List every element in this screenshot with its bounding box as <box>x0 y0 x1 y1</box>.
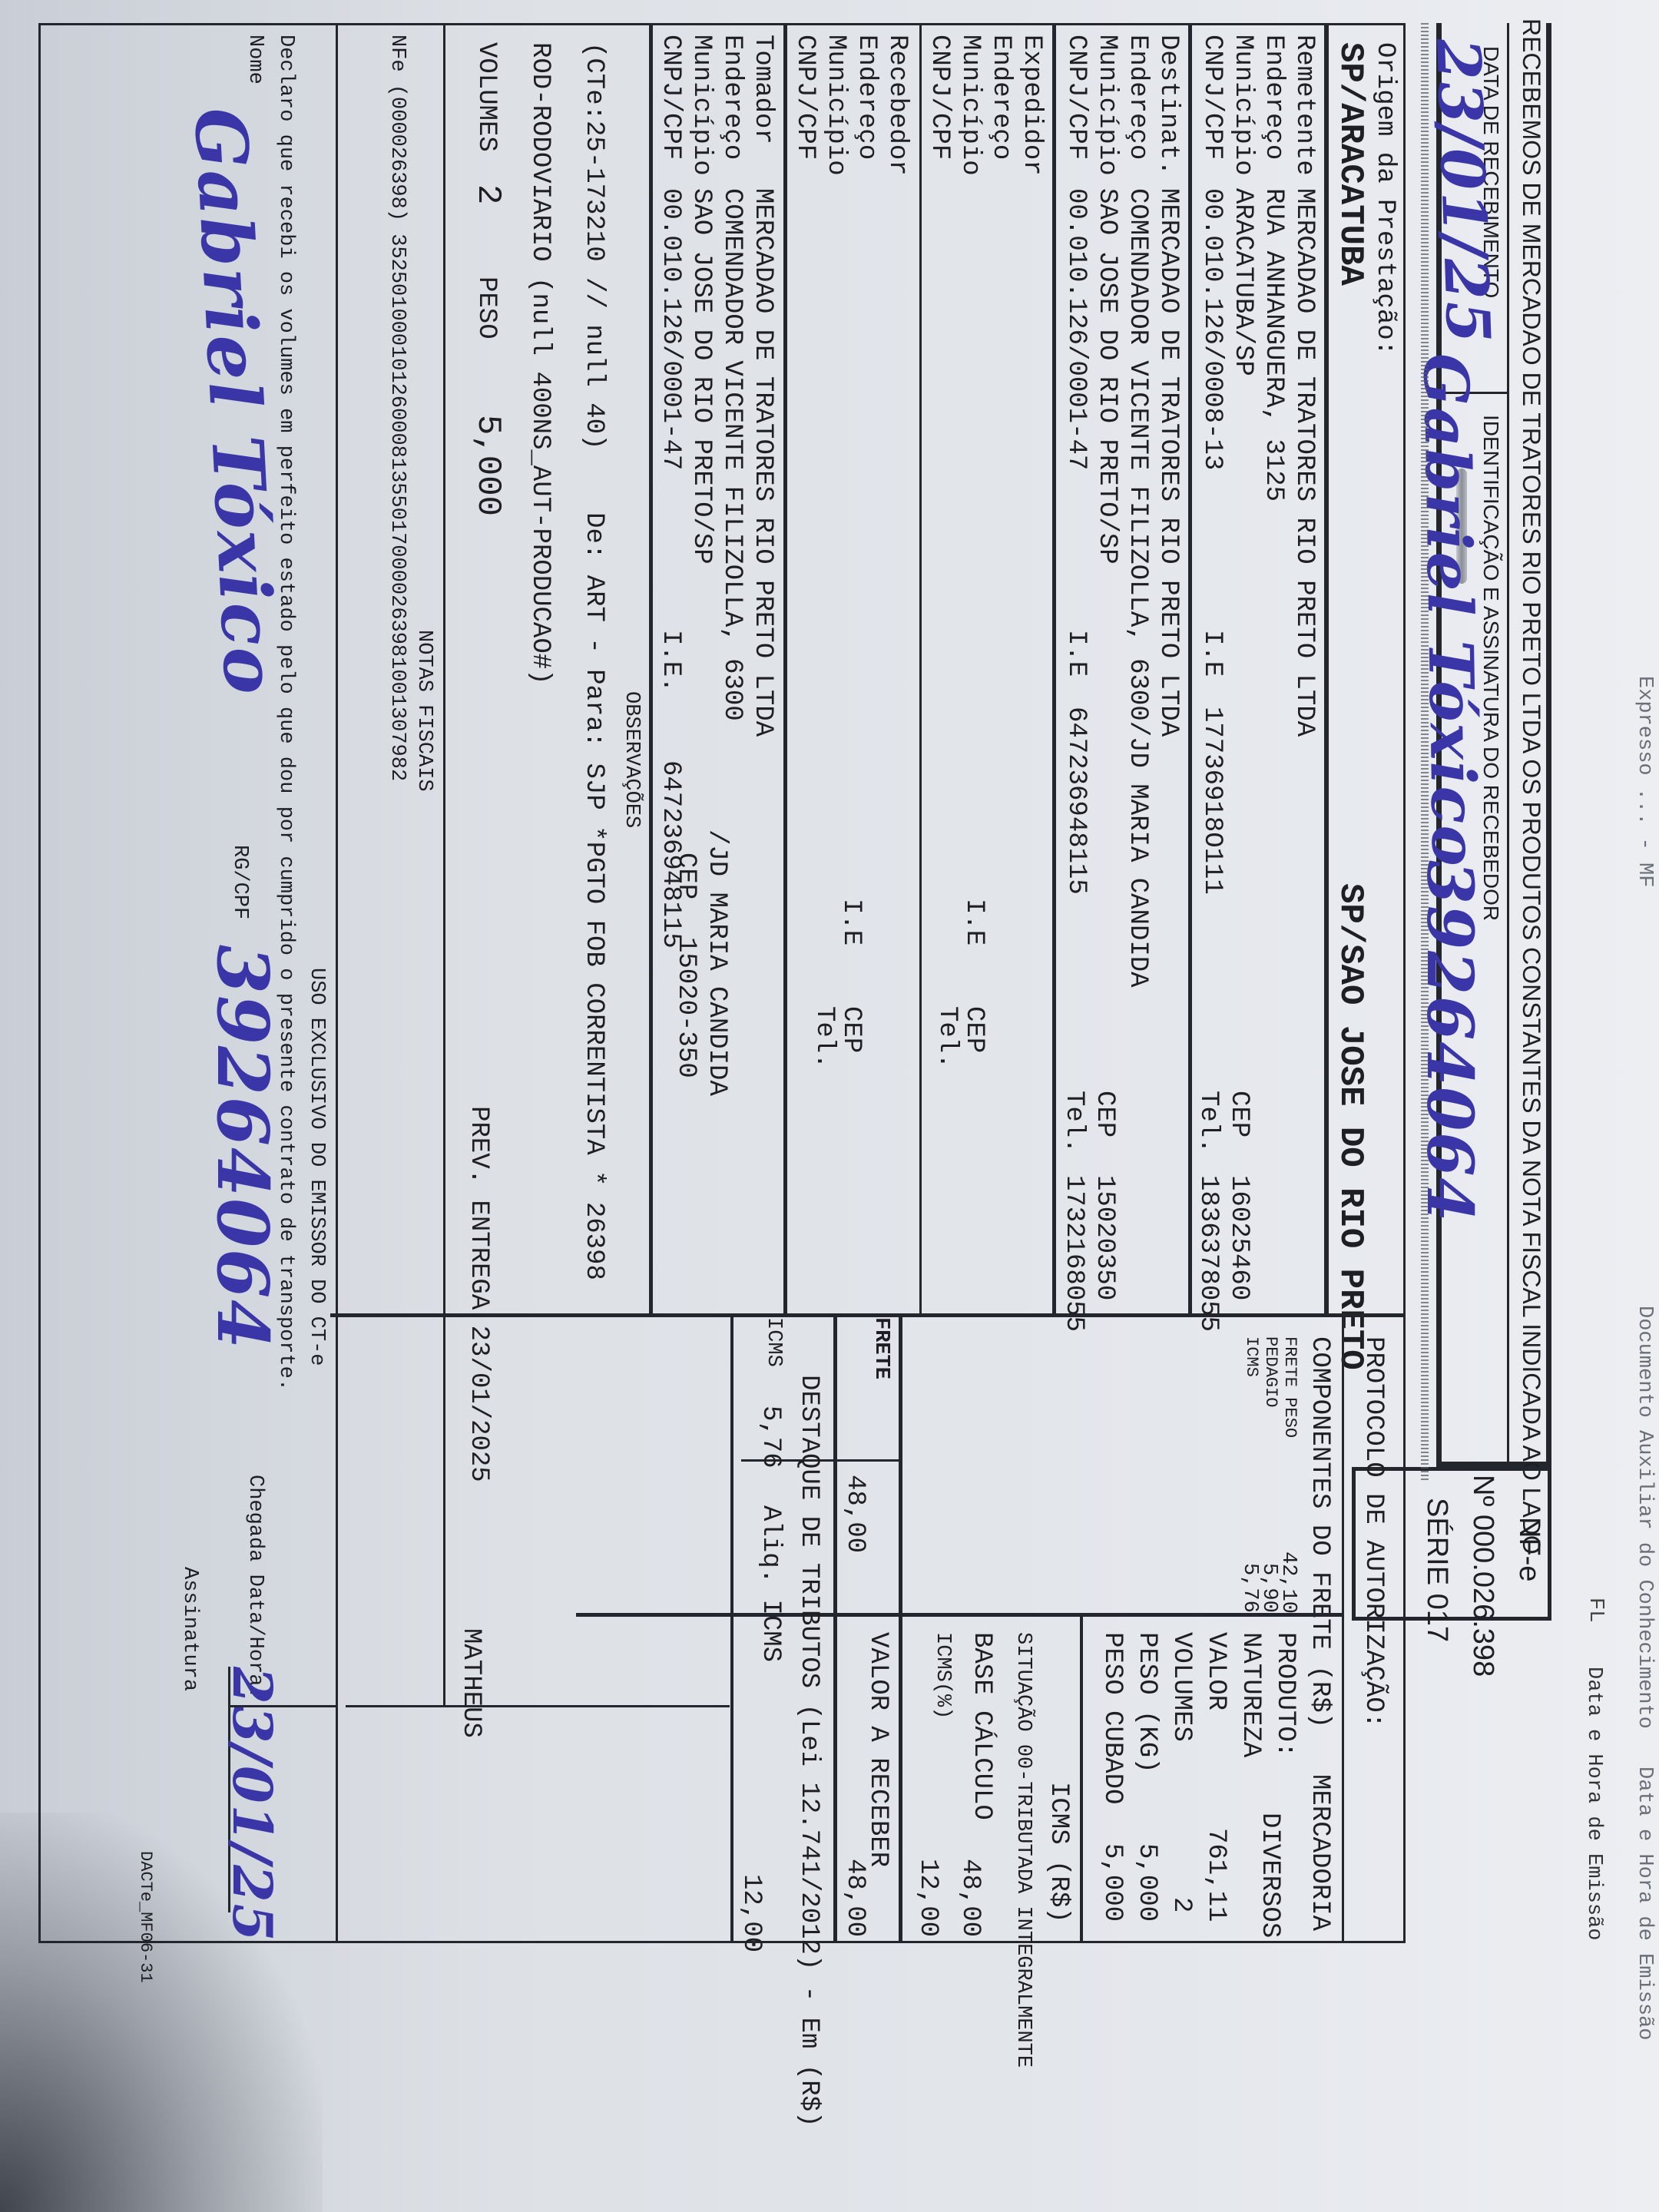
componente-label: ICMS <box>1243 1336 1260 1377</box>
destinatario-endereco: COMENDADOR VICENTE FILIZOLLA, 6300/JD MA… <box>1124 188 1151 988</box>
mercadoria-label: NATUREZA <box>1237 1632 1263 1757</box>
divider <box>649 23 653 1313</box>
mercadoria-title: MERCADORIA <box>1306 1774 1333 1931</box>
observacoes-title: OBSERVAÇÕES <box>621 691 641 828</box>
destinatario-ie: 647236948115 <box>1063 707 1089 895</box>
mercadoria-value: DIVERSOS <box>1257 1813 1283 1938</box>
assinatura-label: Assinatura <box>179 1567 200 1691</box>
remetente-municipio: ARACATUBA/SP <box>1230 188 1256 376</box>
divider <box>230 1705 338 1707</box>
remetente-cep-label: CEP <box>1226 1091 1252 1137</box>
tomador-cep-label: CEP <box>673 853 699 899</box>
destinatario-municipio-label: Município <box>1094 35 1120 176</box>
componente-value: 42,10 <box>1277 1551 1298 1614</box>
notas-title: NOTAS FISCAIS <box>413 630 434 792</box>
remetente-cnpj: 00.010.126/0008-13 <box>1199 188 1225 470</box>
uso-exclusivo: USO EXCLUSIVO DO EMISSOR DO CT-e <box>306 968 326 1366</box>
receipt-title: RECEBEMOS DE MERCADAO DE TRATORES RIO PR… <box>1519 18 1544 1555</box>
remetente-ie-label: I.E <box>1199 630 1225 677</box>
recebedor-cep-label: CEP <box>838 1006 864 1053</box>
remetente-nome: MERCADAO DE TRATORES RIO PRETO LTDA <box>1291 188 1317 737</box>
componente-label: FRETE PESO <box>1281 1336 1298 1438</box>
componentes-title: COMPONENTES DO FRETE (R$) <box>1306 1336 1333 1728</box>
tomador-nome: MERCADAO DE TRATORES RIO PRETO LTDA <box>750 188 776 737</box>
tributos-icms-value: 5,76 <box>757 1406 783 1469</box>
icms-aliq-value: 12,00 <box>915 1859 941 1937</box>
destinatario-tel-label: Tel. <box>1061 1091 1087 1154</box>
componente-value: 5,90 <box>1258 1563 1279 1613</box>
tomador-endereco: COMENDADOR VICENTE FILIZOLLA, 6300 <box>719 188 745 721</box>
destinatario-cep: 15020350 <box>1091 1175 1118 1300</box>
fl-label: FL <box>1584 1598 1605 1622</box>
nfe-label: NF-e <box>1515 1517 1544 1581</box>
observacoes-line2: ROD-RODOVIARIO (null 400NS_AUT-PRODUCAO#… <box>527 42 553 685</box>
remetente-label: Remetente <box>1291 35 1317 176</box>
expedidor-ie-label: I.E <box>961 899 987 945</box>
vendedor-name: MATHEUS <box>458 1628 484 1738</box>
expedidor-cnpj-label: CNPJ/CPF <box>926 35 952 160</box>
expedidor-endereco-label: Endereço <box>988 35 1014 160</box>
divider <box>1342 1313 1344 1943</box>
recebedor-cnpj-label: CNPJ/CPF <box>792 35 818 160</box>
tributos-icms-label: ICMS <box>763 1317 783 1367</box>
remetente-ie: 17736918O111 <box>1199 707 1225 895</box>
peso-value: 5,000 <box>471 415 505 516</box>
data-hora-emissao-label: Data e Hora de Emissão <box>1583 1667 1604 1940</box>
destinatario-cnpj-label: CNPJ/CPF <box>1063 35 1089 160</box>
faint-header-date: Data e Hora de Emissão <box>1634 1767 1654 2040</box>
rg-cpf-label: RG/CPF <box>229 845 250 919</box>
origem-value: SP/ARACATUBA <box>1333 42 1367 286</box>
tomador-cnpj-label: CNPJ/CPF <box>657 35 684 160</box>
nfe-number: Nº 000.026.398 <box>1469 1475 1498 1677</box>
destinatario-municipio: SAO JOSE DO RIO PRETO/SP <box>1094 188 1120 565</box>
form-code: DACTe_MF06-31 <box>137 1851 154 1983</box>
chegada-label: Chegada Data/Hora: <box>244 1475 265 1699</box>
divider <box>833 1313 837 1943</box>
divider <box>899 1313 902 1943</box>
mercadoria-label: VALOR <box>1203 1632 1229 1710</box>
tomador-cep: 15020-350 <box>673 937 699 1078</box>
expedidor-municipio-label: Município <box>957 35 983 176</box>
divider <box>783 23 787 1313</box>
divider <box>576 1613 1344 1617</box>
faint-header-text: Documento Auxiliar do Conhecimento <box>1634 1306 1654 1729</box>
recebedor-tel-label: Tel. <box>811 1006 837 1069</box>
recebedor-label: Recebedor <box>884 35 910 176</box>
tributos-aliq-value: 12,00 <box>738 1874 764 1952</box>
divider <box>1324 23 1329 1313</box>
destinatario-cnpj: 00.010.126/0001-47 <box>1063 188 1089 470</box>
destinatario-nome: MERCADAO DE TRATORES RIO PRETO LTDA <box>1155 188 1181 737</box>
handwritten-date: 23/01/25 <box>1422 38 1503 346</box>
tomador-cnpj: 00.010.126/0001-47 <box>657 188 684 470</box>
mercadoria-value: 5,000 <box>1099 1843 1125 1922</box>
tributos-title: DESTAQUE DE TRIBUTOS (Lei 12.741/2012) -… <box>796 1375 822 2127</box>
divider <box>443 23 445 1705</box>
mercadoria-label: VOLUMES <box>1168 1632 1194 1742</box>
destino-value: SP/SAO JOSE DO RIO PRETO <box>1333 883 1367 1370</box>
notas-line: NFe (000026398) 352501000101260008135501… <box>386 35 407 781</box>
divider <box>1052 23 1056 1313</box>
divider <box>336 23 338 1943</box>
mercadoria-value: 761,11 <box>1203 1828 1229 1922</box>
volumes-value: 2 <box>471 184 505 204</box>
faint-company-text: Expresso ... - MF <box>1634 676 1654 887</box>
divider <box>346 1705 730 1707</box>
divider <box>1080 1613 1083 1943</box>
divider <box>919 23 922 1313</box>
icms-base-label: BASE CÁLCULO <box>969 1632 995 1820</box>
remetente-tel: 1836378055 <box>1195 1175 1221 1332</box>
icms-base-value: 48,00 <box>957 1859 983 1937</box>
componente-label: PEDAGIO <box>1262 1336 1279 1407</box>
icms-situacao: SITUAÇÃO 00-TRIBUTADA INTEGRALMENTE <box>1012 1632 1033 2068</box>
prev-entrega: PREV. ENTREGA 23/01/2025 <box>465 1106 492 1482</box>
remetente-endereco-label: Endereço <box>1260 35 1286 160</box>
valor-receber-label: VALOR A RECEBER <box>865 1632 891 1867</box>
perforation-line <box>1421 23 1429 1482</box>
mercadoria-label: PESO CUBADO <box>1099 1632 1125 1804</box>
expedidor-label: Expedidor <box>1018 35 1045 176</box>
icms-title: ICMS (R$) <box>1045 1782 1071 1923</box>
recebedor-endereco-label: Endereço <box>853 35 879 160</box>
nome-label: Nome <box>244 35 265 84</box>
volumes-label: VOLUMES <box>473 42 499 152</box>
remetente-cnpj-label: CNPJ/CPF <box>1199 35 1225 160</box>
recebedor-ie-label: I.E <box>838 899 864 945</box>
expedidor-cep-label: CEP <box>961 1006 987 1053</box>
destinatario-tel: 1732168055 <box>1061 1175 1087 1332</box>
divider <box>1188 23 1192 1313</box>
remetente-municipio-label: Município <box>1230 35 1256 176</box>
dacte-document: Documento Auxiliar do Conhecimento Data … <box>0 0 1659 2212</box>
destinatario-cep-label: CEP <box>1091 1091 1118 1137</box>
tomador-bairro: /JD MARIA CANDIDA <box>704 829 730 1096</box>
recebedor-municipio-label: Município <box>823 35 849 176</box>
destinatario-endereco-label: Endereço <box>1124 35 1151 160</box>
tomador-municipio: SAO JOSE DO RIO PRETO/SP <box>688 188 714 565</box>
observacoes-line1: (CTe:25-173210 // null 40) De: ART - Par… <box>581 42 607 1280</box>
frete-value: 48,00 <box>842 1475 868 1553</box>
tomador-municipio-label: Município <box>688 35 714 176</box>
tomador-endereco-label: Endereço <box>719 35 745 160</box>
handwritten-chegada: 23/01/25 <box>220 1667 284 1942</box>
mercadoria-value: 5,000 <box>1134 1843 1160 1922</box>
valor-receber-value: 48,00 <box>842 1859 868 1937</box>
origem-label: Origem da Prestação: <box>1372 42 1398 356</box>
frete-label: FRETE <box>870 1317 891 1379</box>
protocolo-label: PROTOCOLO DE AUTORIZAÇÃO: <box>1360 1336 1386 1728</box>
tributos-aliq-label: Aliq. ICMS <box>757 1505 783 1662</box>
remetente-cep: 16025460 <box>1226 1175 1252 1300</box>
peso-label: PESO <box>473 276 499 339</box>
divider <box>1507 23 1509 1467</box>
mercadoria-label: PRODUTO: <box>1272 1632 1298 1757</box>
destinatario-label: Destinat. <box>1155 35 1181 176</box>
tomador-label: Tomador <box>750 35 776 144</box>
nfe-serie: SÉRIE 017 <box>1422 1498 1452 1642</box>
remetente-endereco: RUA ANHANGUERA, 3125 <box>1260 188 1286 502</box>
icms-aliq-label: ICMS(%) <box>932 1632 952 1719</box>
divider <box>730 1313 733 1943</box>
handwritten-rg: 39264064 <box>201 945 284 1350</box>
remetente-tel-label: Tel. <box>1195 1091 1221 1154</box>
componente-value: 5,76 <box>1239 1563 1260 1613</box>
expedidor-tel-label: Tel. <box>934 1006 960 1069</box>
mercadoria-value: 2 <box>1168 1897 1194 1912</box>
destinatario-ie-label: I.E <box>1063 630 1089 677</box>
tomador-ie-label: I.E. <box>657 630 684 693</box>
mercadoria-label: PESO (KG) <box>1134 1632 1160 1773</box>
